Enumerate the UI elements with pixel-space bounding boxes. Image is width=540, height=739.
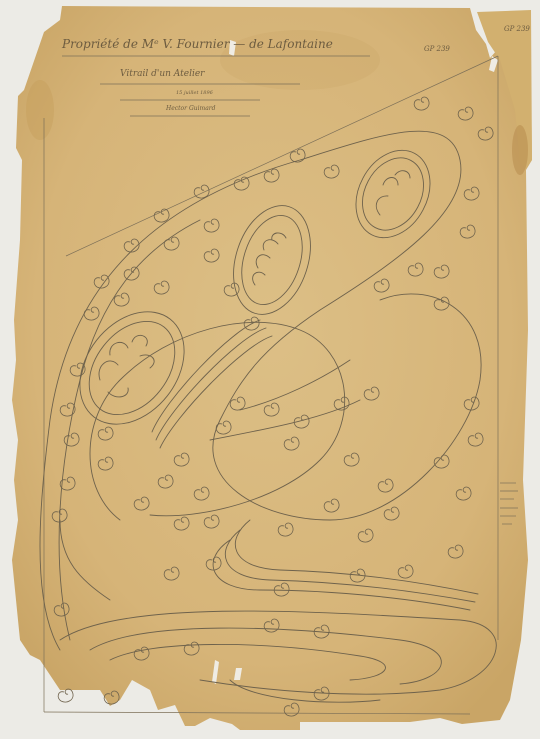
- subtitle-annotation: Vitrail d'un Atelier: [120, 69, 205, 79]
- reference-label-left: GP 239: [424, 45, 450, 53]
- title-annotation: Propriété de Mᵉ V. Fournier — de Lafonta…: [61, 37, 333, 51]
- paper-sheet: [12, 6, 532, 730]
- signature-annotation: Hector Guimard: [165, 105, 216, 112]
- reference-label-right: GP 239: [504, 25, 530, 33]
- date-annotation: 15 juillet 1896: [176, 90, 214, 96]
- scanned-drawing: Propriété de Mᵉ V. Fournier — de Lafonta…: [0, 0, 540, 739]
